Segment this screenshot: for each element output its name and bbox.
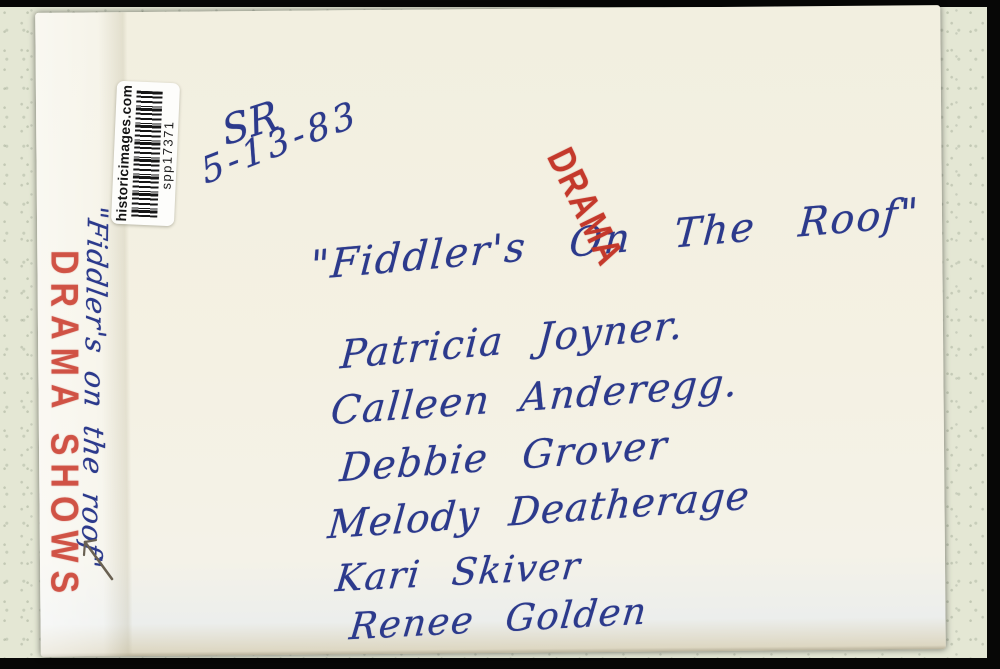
scanned-photo-back: historicimages.com spp17371 SR 5-13-83 "…	[0, 0, 1000, 669]
barcode-sticker: historicimages.com spp17371	[111, 81, 180, 227]
barcode-icon	[130, 90, 161, 217]
arrow-icon	[76, 533, 118, 588]
barcode-sticker-content: historicimages.com spp17371	[114, 83, 178, 223]
